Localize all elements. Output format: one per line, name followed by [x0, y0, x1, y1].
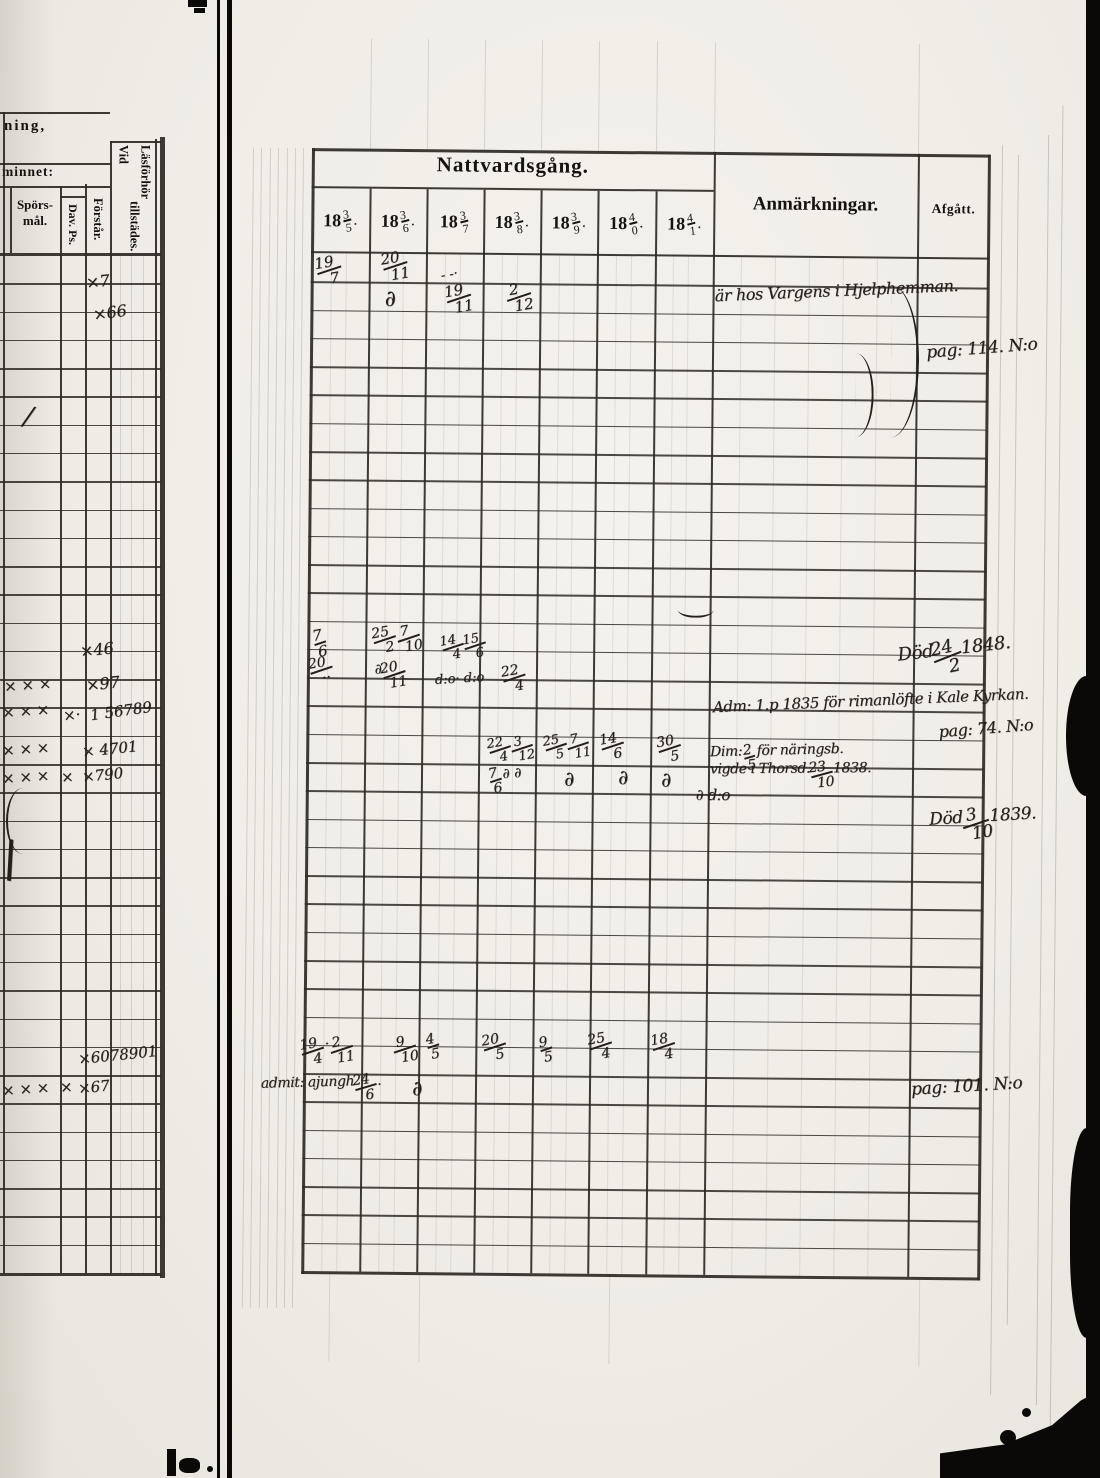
grid-line	[301, 1243, 979, 1251]
grid-line	[309, 423, 987, 431]
communion-date-entry: 224312	[487, 735, 534, 764]
handwritten-remark: pag: 101. N:o	[911, 1073, 1023, 1100]
scan-blob	[1000, 1430, 1016, 1445]
handwritten-text: pag: 101. N:o	[911, 1073, 1023, 1100]
date-fraction: 41	[688, 212, 694, 237]
handwritten-remark: ∂ d:o	[696, 786, 730, 804]
grid-line	[918, 44, 920, 154]
communion-date-entry: 255711	[544, 732, 591, 761]
handwritten-text: ∂	[411, 1076, 423, 1101]
date-fraction: 224	[505, 664, 525, 694]
grid-line	[306, 734, 984, 742]
date-fraction: 156	[466, 632, 484, 660]
year-header: 1838.	[483, 192, 541, 254]
communion-date-entry: ∂	[660, 767, 672, 792]
grid-line	[1050, 105, 1064, 1435]
date-fraction: 35	[344, 209, 350, 234]
grid-line	[305, 847, 983, 855]
grid-line	[301, 148, 315, 1274]
communion-date-entry: 252710	[372, 624, 421, 656]
date-fraction: 305	[660, 734, 680, 764]
binding-tick	[194, 8, 205, 13]
grid-line	[714, 42, 716, 152]
handwritten-text: ∂	[617, 765, 629, 790]
handwritten-text: vigde i Thorsd.	[710, 761, 810, 778]
binding-tick	[188, 0, 207, 7]
grid-line	[1036, 135, 1049, 1405]
grid-line	[303, 1073, 981, 1081]
right-page: Nattvardsgång. Anmärkningar. Afgått. 183…	[0, 0, 1100, 1478]
date-fraction: 310	[965, 806, 988, 842]
handwritten-text: är hos Vargens i Hjelphemman.	[714, 276, 958, 305]
grid-line	[306, 790, 984, 798]
scan-blob	[1022, 1408, 1031, 1417]
grid-line	[308, 564, 986, 572]
date-fraction: 76	[490, 766, 501, 795]
year-prefix: 18	[323, 210, 341, 231]
date-fraction: 910	[396, 1035, 416, 1065]
grid-line	[310, 338, 988, 346]
grid-line	[530, 190, 542, 1273]
communion-date-entry: 224	[502, 663, 528, 693]
year-header: 1837	[426, 191, 484, 253]
binding-mark	[179, 1458, 200, 1473]
handwritten-text: admit: ajungh	[261, 1073, 355, 1091]
date-fraction: 37	[461, 210, 467, 235]
grid-line	[416, 189, 428, 1272]
handwritten-remark: är hos Vargens i Hjelphemman.	[714, 276, 958, 305]
communion-date-entry: 305	[657, 734, 683, 764]
year-header: 1839.	[540, 192, 598, 254]
grid-line	[304, 988, 982, 996]
year-prefix: 18	[667, 213, 685, 234]
date-fraction: 20··	[312, 656, 332, 686]
grid-line	[304, 932, 982, 940]
communion-date-entry: 45	[425, 1032, 442, 1062]
year-dot: .	[697, 217, 701, 232]
communion-date-entry: 194·211	[301, 1035, 355, 1067]
year-dot: .	[582, 216, 586, 231]
grid-line	[306, 762, 984, 770]
grid-line	[656, 41, 658, 151]
binding-mark	[207, 1466, 213, 1472]
grid-line	[305, 875, 983, 883]
grid-line	[302, 1214, 980, 1222]
grid-line	[370, 39, 372, 149]
grid-line	[427, 39, 429, 149]
communion-date-entry: 2011	[382, 250, 409, 282]
grid-line	[308, 592, 986, 600]
communion-date-entry: 146	[600, 731, 626, 761]
grid-line	[308, 536, 986, 544]
date-fraction: 224	[490, 736, 508, 764]
date-fraction: 194	[304, 1037, 324, 1067]
grid-line	[305, 903, 983, 911]
grid-line	[608, 1274, 610, 1364]
grid-line	[302, 1158, 980, 1166]
grid-line	[598, 41, 600, 151]
grid-line	[309, 479, 987, 487]
grid-line	[302, 1186, 980, 1194]
communion-date-entry: 212	[506, 281, 533, 313]
handwritten-remark: Död 310 1839.	[929, 803, 1038, 844]
year-dot: .	[639, 216, 643, 231]
ink-stroke-close	[855, 353, 874, 437]
grid-line	[418, 1272, 420, 1362]
grid-line	[1007, 155, 1019, 1325]
date-fraction: 39	[573, 211, 579, 236]
date-fraction: 312	[513, 735, 531, 763]
communion-date-entry: 254	[589, 1031, 615, 1061]
handwritten-text: 1848.	[960, 632, 1012, 658]
column-header-anmarkningar: Anmärkningar.	[713, 193, 917, 217]
year-header: 1841.	[655, 193, 714, 255]
handwritten-text: pag: 74. N:o	[938, 715, 1034, 741]
date-fraction: 38	[516, 210, 522, 235]
grid-line	[304, 960, 982, 968]
date-fraction: 197	[319, 255, 340, 287]
binding-mark	[167, 1449, 176, 1476]
date-fraction: 710	[399, 624, 419, 654]
communion-date-entry: 144156	[440, 632, 487, 661]
year-dot: .	[525, 215, 529, 230]
handwritten-remark: vigde i Thorsd. 2310 1838.	[710, 760, 871, 790]
grid-line	[484, 40, 486, 150]
handwritten-text: ∂ d:o	[696, 786, 730, 804]
grid-line	[309, 451, 987, 459]
year-prefix: 18	[609, 213, 627, 234]
date-fraction: 95	[541, 1035, 552, 1064]
ink-stroke-under	[678, 602, 714, 618]
date-fraction: 212	[509, 282, 530, 314]
grid-line	[303, 1101, 981, 1109]
handwritten-text: Död	[929, 808, 964, 830]
year-prefix: 18	[552, 212, 570, 233]
grid-line	[307, 677, 985, 685]
date-fraction: 40	[630, 211, 636, 236]
table-title-nattvardsgang: Nattvardsgång.	[312, 151, 714, 180]
handwritten-text: d:o· d:o	[435, 670, 485, 688]
year-header: 1840.	[597, 193, 656, 255]
grid-line	[310, 366, 988, 374]
handwritten-text: Dim:	[710, 743, 743, 760]
date-fraction: 246	[357, 1073, 375, 1102]
year-dot: .	[411, 214, 415, 229]
year-prefix: 18	[495, 212, 513, 233]
scanned-ledger-spread: ning, minnet: Spörs- mål. Dav. Ps. Först…	[0, 0, 1100, 1478]
communion-date-entry: 197	[316, 255, 343, 287]
handwritten-text: pag: 114. N:o	[926, 334, 1039, 363]
binding-line	[227, 0, 232, 1478]
binding-line	[217, 0, 220, 1478]
grid-line	[473, 190, 485, 1273]
grid-line	[301, 1271, 979, 1281]
year-prefix: 18	[440, 211, 458, 232]
date-fraction: 144	[443, 634, 461, 662]
date-fraction: 211	[332, 1035, 352, 1065]
communion-date-entry: ∂	[411, 1076, 423, 1101]
communion-date-entry: ∂	[617, 765, 629, 790]
date-fraction: 2011	[384, 660, 404, 690]
communion-date-entry: d:o· d:o	[435, 670, 485, 688]
date-fraction: 242	[935, 638, 961, 677]
handwritten-remark: pag: 74. N:o	[938, 715, 1034, 741]
grid-line	[990, 145, 1003, 1395]
date-fraction: 36	[402, 209, 408, 234]
handwritten-text: ∂	[660, 767, 672, 792]
year-header: 1836.	[369, 191, 427, 253]
column-header-afgatt: Afgått.	[917, 201, 989, 218]
grid-line	[309, 508, 987, 516]
date-fraction: 146	[603, 731, 623, 761]
grid-line	[304, 1017, 982, 1025]
date-fraction: 255	[547, 734, 565, 762]
grid-line	[541, 40, 543, 150]
year-header: 1835.	[311, 190, 370, 252]
grid-line	[310, 310, 988, 318]
communion-date-entry: ∂ 2011	[374, 660, 407, 691]
year-dot: .	[353, 213, 357, 228]
grid-line	[645, 191, 657, 1274]
grid-line	[328, 1271, 330, 1361]
scan-edge-blob	[1066, 676, 1100, 796]
handwritten-text: ∂	[384, 287, 397, 313]
handwritten-remark: pag: 114. N:o	[926, 334, 1039, 363]
grid-line	[306, 819, 984, 827]
date-fraction: 711	[569, 732, 587, 760]
date-fraction: 2310	[813, 760, 830, 789]
communion-date-entry: 76 ∂ ∂	[487, 765, 523, 796]
communion-date-entry: ∂	[384, 287, 397, 313]
scan-edge-blob	[1070, 1128, 1100, 1338]
grid-line	[918, 1277, 920, 1367]
communion-date-entry: 20··	[309, 656, 335, 686]
grid-line	[303, 1130, 981, 1138]
grid-line	[310, 394, 988, 402]
grid-line	[359, 189, 371, 1272]
year-prefix: 18	[381, 211, 399, 232]
